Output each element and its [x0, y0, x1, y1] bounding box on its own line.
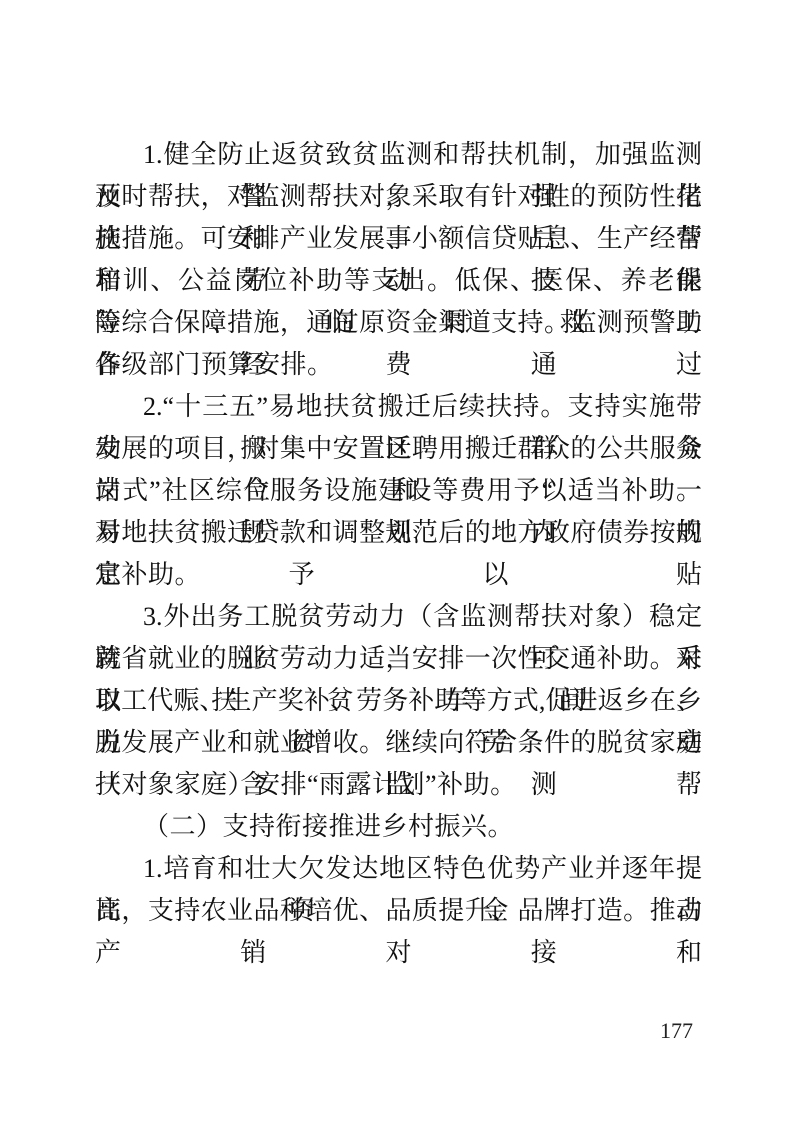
text-line: 易地扶贫搬迁贷款和调整规范后的地方政府债券按规定予以贴	[95, 512, 702, 554]
text-line: 以工代赈、生产奖补、劳务补助等方式,促进返乡在乡脱贫劳动	[95, 680, 702, 722]
document-page: 1.健全防止返贫致贫监测和帮扶机制，加强监测预警，强化及时帮扶，对监测帮扶对象采…	[0, 0, 793, 1122]
text-line: 力发展产业和就业增收。继续向符合条件的脱贫家庭（含监测帮	[95, 722, 702, 764]
text-line: 1.培育和壮大欠发达地区特色优势产业并逐年提高资金占	[95, 848, 702, 890]
document-lines: 1.健全防止返贫致贫监测和帮扶机制，加强监测预警，强化及时帮扶，对监测帮扶对象采…	[95, 134, 702, 932]
text-line: 2.“十三五”易地扶贫搬迁后续扶持。支持实施带动搬迁群众	[95, 386, 702, 428]
text-line: 站式”社区综合服务设施建设等费用予以适当补助。对规划内的	[95, 470, 702, 512]
text-line: 3.外出务工脱贫劳动力（含监测帮扶对象）稳定就业，可对	[95, 596, 702, 638]
text-line: 等综合保障措施，通过原资金渠道支持。监测预警工作经费通过	[95, 302, 702, 344]
text-line: 1.健全防止返贫致贫监测和帮扶机制，加强监测预警，强化	[95, 134, 702, 176]
text-line: 发展的项目，对集中安置区聘用搬迁群众的公共服务岗位和“一	[95, 428, 702, 470]
text-line: 及时帮扶，对监测帮扶对象采取有针对性的预防性措施和事后帮	[95, 176, 702, 218]
text-line: 跨省就业的脱贫劳动力适当安排一次性交通补助。采取扶贫车间、	[95, 638, 702, 680]
page-number: 177	[660, 1018, 693, 1044]
text-line: 比，支持农业品种培优、品质提升、品牌打造。推动产销对接和	[95, 890, 702, 932]
text-line: （二）支持衔接推进乡村振兴。	[95, 806, 702, 848]
text-line: 扶措施。可安排产业发展、小额信贷贴息、生产经营和劳动技能	[95, 218, 702, 260]
text-line: 培训、公益岗位补助等支出。低保、医保、养老保险、临时救助	[95, 260, 702, 302]
